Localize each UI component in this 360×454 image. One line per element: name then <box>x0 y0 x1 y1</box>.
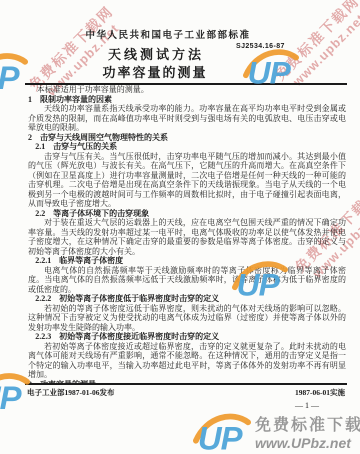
section-1-heading: 1 限制功率容量的因素 <box>28 95 346 105</box>
logo-letters: UP <box>248 55 292 88</box>
upbz-logo-watermark: UP <box>243 44 299 88</box>
footer-rule <box>25 383 347 385</box>
standard-authority-line: 中华人民共和国电子工业部部标准 <box>0 27 336 41</box>
effective-date-line: 1987-06-01实施 <box>295 387 345 398</box>
section-2-2-2-heading: 2.2.2 初始等离子体密度低于临界密度时击穿的定义 <box>28 294 346 304</box>
paragraph: 若初始的等离子体密度远低于临界密度，则未扰动的气体对天线场的影响可以忽略。这种情… <box>28 304 346 333</box>
logo-letters: UP <box>198 419 243 454</box>
upbz-logo-watermark: UP <box>193 408 251 454</box>
section-2-2-3-heading: 2.2.3 初始等离子体密度接近临界密度时击穿的定义 <box>28 332 346 342</box>
watermark-footer-brand: UP 免费标准下载网 www.UPbz.net <box>193 408 360 454</box>
upbz-logo-watermark: UP <box>232 256 288 300</box>
section-2-2-1-heading: 2.2.1 临界等离子体密度 <box>28 256 346 266</box>
watermark-footer-text: 免费标准下载网 www.UPbz.net <box>255 412 360 451</box>
section-2-2-heading: 2.2 等离子体环境下的击穿现象 <box>28 209 346 219</box>
paragraph: 电离气体的自然振荡频率等于天线激励频率时的等离子体密度称为临界等离子体密度。当电… <box>28 266 346 295</box>
section-2-heading: 2 击穿与天线周围空气物理特性的关系 <box>28 133 346 143</box>
document-body: 本标准适用于功率容量的测量。 1 限制功率容量的因素 天线的功率容量系指天线承受… <box>28 85 346 383</box>
upbz-logo-watermark: UP <box>0 48 28 93</box>
section-2-1-heading: 2.1 击穿与气压的关系 <box>28 142 346 152</box>
logo-letters: UP <box>237 267 281 300</box>
paragraph: 对于装在重返大气层的运载器上的天线，应在电离空气包围天线严重的情况下确定功率容量… <box>28 218 346 256</box>
issue-date-line: 电子工业部1987-01-06发布 <box>27 387 115 398</box>
upbz-logo-watermark: UP <box>0 368 30 413</box>
paragraph: 天线的功率容量系指天线承受功率的能力。功率容量在高平均功率电平时受到金属或介质发… <box>28 104 346 133</box>
scanned-standard-page: 免费标准下载网 www.upbz.net 免费标准下载网 www.upbz.ne… <box>0 0 360 454</box>
watermark-site-url: www.UPbz.net <box>255 435 360 451</box>
paragraph: 若初始等离子体密度接近或超过临界密度，击穿的定义就更复杂了。此时未扰动的电离气体… <box>28 342 346 380</box>
watermark-site-name: 免费标准下载网 <box>255 412 360 435</box>
paragraph: 击穿与气压有关。当气压很低时，击穿功率电平随气压的增加而减小。其达到最小值的气压… <box>28 152 346 209</box>
logo-letters: UP <box>0 379 22 413</box>
logo-letters: UP <box>0 59 20 93</box>
